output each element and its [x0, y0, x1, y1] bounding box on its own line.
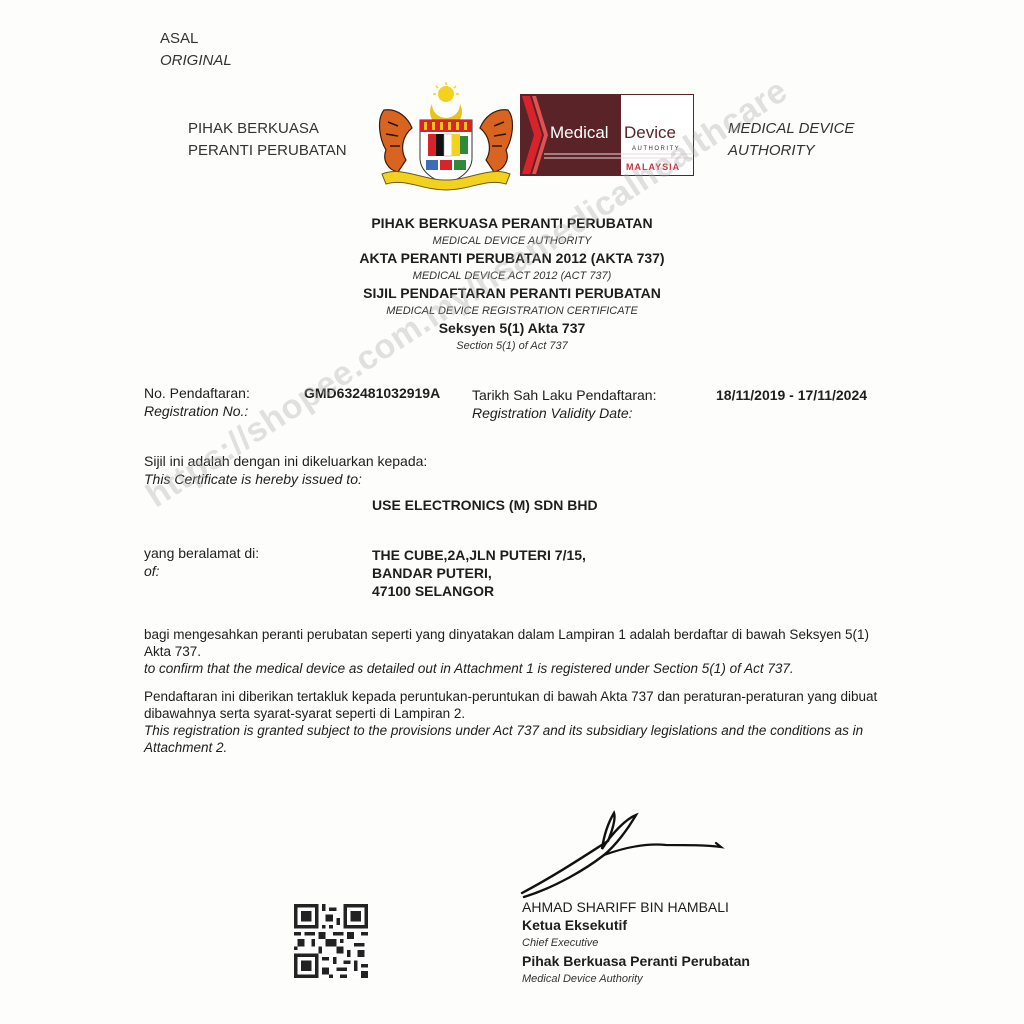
certificate-title-block: PIHAK BERKUASA PERANTI PERUBATAN MEDICAL… — [0, 214, 1024, 354]
validity-date-value: 18/11/2019 - 17/11/2024 — [716, 386, 867, 404]
logo-malaysia: MALAYSIA — [626, 162, 680, 172]
signatory-title: Ketua Eksekutif — [522, 916, 750, 934]
address-line: BANDAR PUTERI, — [372, 564, 586, 582]
section-title-en: Section 5(1) of Act 737 — [0, 338, 1024, 354]
header-authority-english: MEDICAL DEVICE AUTHORITY — [728, 118, 854, 162]
medical-device-authority-logo: Medical Device AUTHORITY MALAYSIA — [520, 94, 694, 176]
malaysia-coat-of-arms-icon — [372, 80, 520, 192]
header-left-line2: PERANTI PERUBATAN — [188, 140, 347, 162]
section-title: Seksyen 5(1) Akta 737 — [0, 319, 1024, 338]
address-label: yang beralamat di: of: — [144, 544, 259, 580]
logo-authority: AUTHORITY — [632, 146, 680, 152]
validity-date-label: Tarikh Sah Laku Pendaftaran: Registratio… — [472, 386, 656, 422]
company-address: THE CUBE,2A,JLN PUTERI 7/15, BANDAR PUTE… — [372, 546, 586, 600]
signatory-block: AHMAD SHARIFF BIN HAMBALI Ketua Eksekuti… — [522, 898, 750, 988]
header-right-line1: MEDICAL DEVICE — [728, 118, 854, 140]
copy-label-english: ORIGINAL — [160, 50, 232, 72]
copy-label-malay: ASAL — [160, 28, 232, 50]
certificate-title-en: MEDICAL DEVICE REGISTRATION CERTIFICATE — [0, 303, 1024, 319]
confirmation-paragraph: bagi mengesahkan peranti perubatan seper… — [144, 626, 884, 677]
registration-no-value: GMD632481032919A — [304, 384, 440, 402]
header-right-line2: AUTHORITY — [728, 140, 854, 162]
signatory-org: Pihak Berkuasa Peranti Perubatan — [522, 952, 750, 970]
signatory-org-en: Medical Device Authority — [522, 970, 750, 988]
registration-no-label: No. Pendaftaran: Registration No.: — [144, 384, 250, 420]
logo-word-medical: Medical — [550, 123, 609, 142]
address-line: THE CUBE,2A,JLN PUTERI 7/15, — [372, 546, 586, 564]
address-line: 47100 SELANGOR — [372, 582, 586, 600]
signature-icon — [516, 805, 736, 900]
copy-label: ASAL ORIGINAL — [160, 28, 232, 72]
issued-to-label: Sijil ini adalah dengan ini dikeluarkan … — [144, 452, 427, 488]
signatory-name: AHMAD SHARIFF BIN HAMBALI — [522, 898, 750, 916]
authority-title: PIHAK BERKUASA PERANTI PERUBATAN — [0, 214, 1024, 233]
authority-title-en: MEDICAL DEVICE AUTHORITY — [0, 233, 1024, 249]
act-title-en: MEDICAL DEVICE ACT 2012 (ACT 737) — [0, 268, 1024, 284]
header-left-line1: PIHAK BERKUASA — [188, 118, 347, 140]
qr-code-icon — [294, 904, 368, 978]
certificate-title: SIJIL PENDAFTARAN PERANTI PERUBATAN — [0, 284, 1024, 303]
logo-word-device: Device — [624, 123, 676, 142]
header-authority-malay: PIHAK BERKUASA PERANTI PERUBATAN — [188, 118, 347, 162]
conditions-paragraph: Pendaftaran ini diberikan tertakluk kepa… — [144, 688, 884, 756]
signatory-title-en: Chief Executive — [522, 934, 750, 952]
company-name: USE ELECTRONICS (M) SDN BHD — [372, 496, 598, 514]
act-title: AKTA PERANTI PERUBATAN 2012 (AKTA 737) — [0, 249, 1024, 268]
